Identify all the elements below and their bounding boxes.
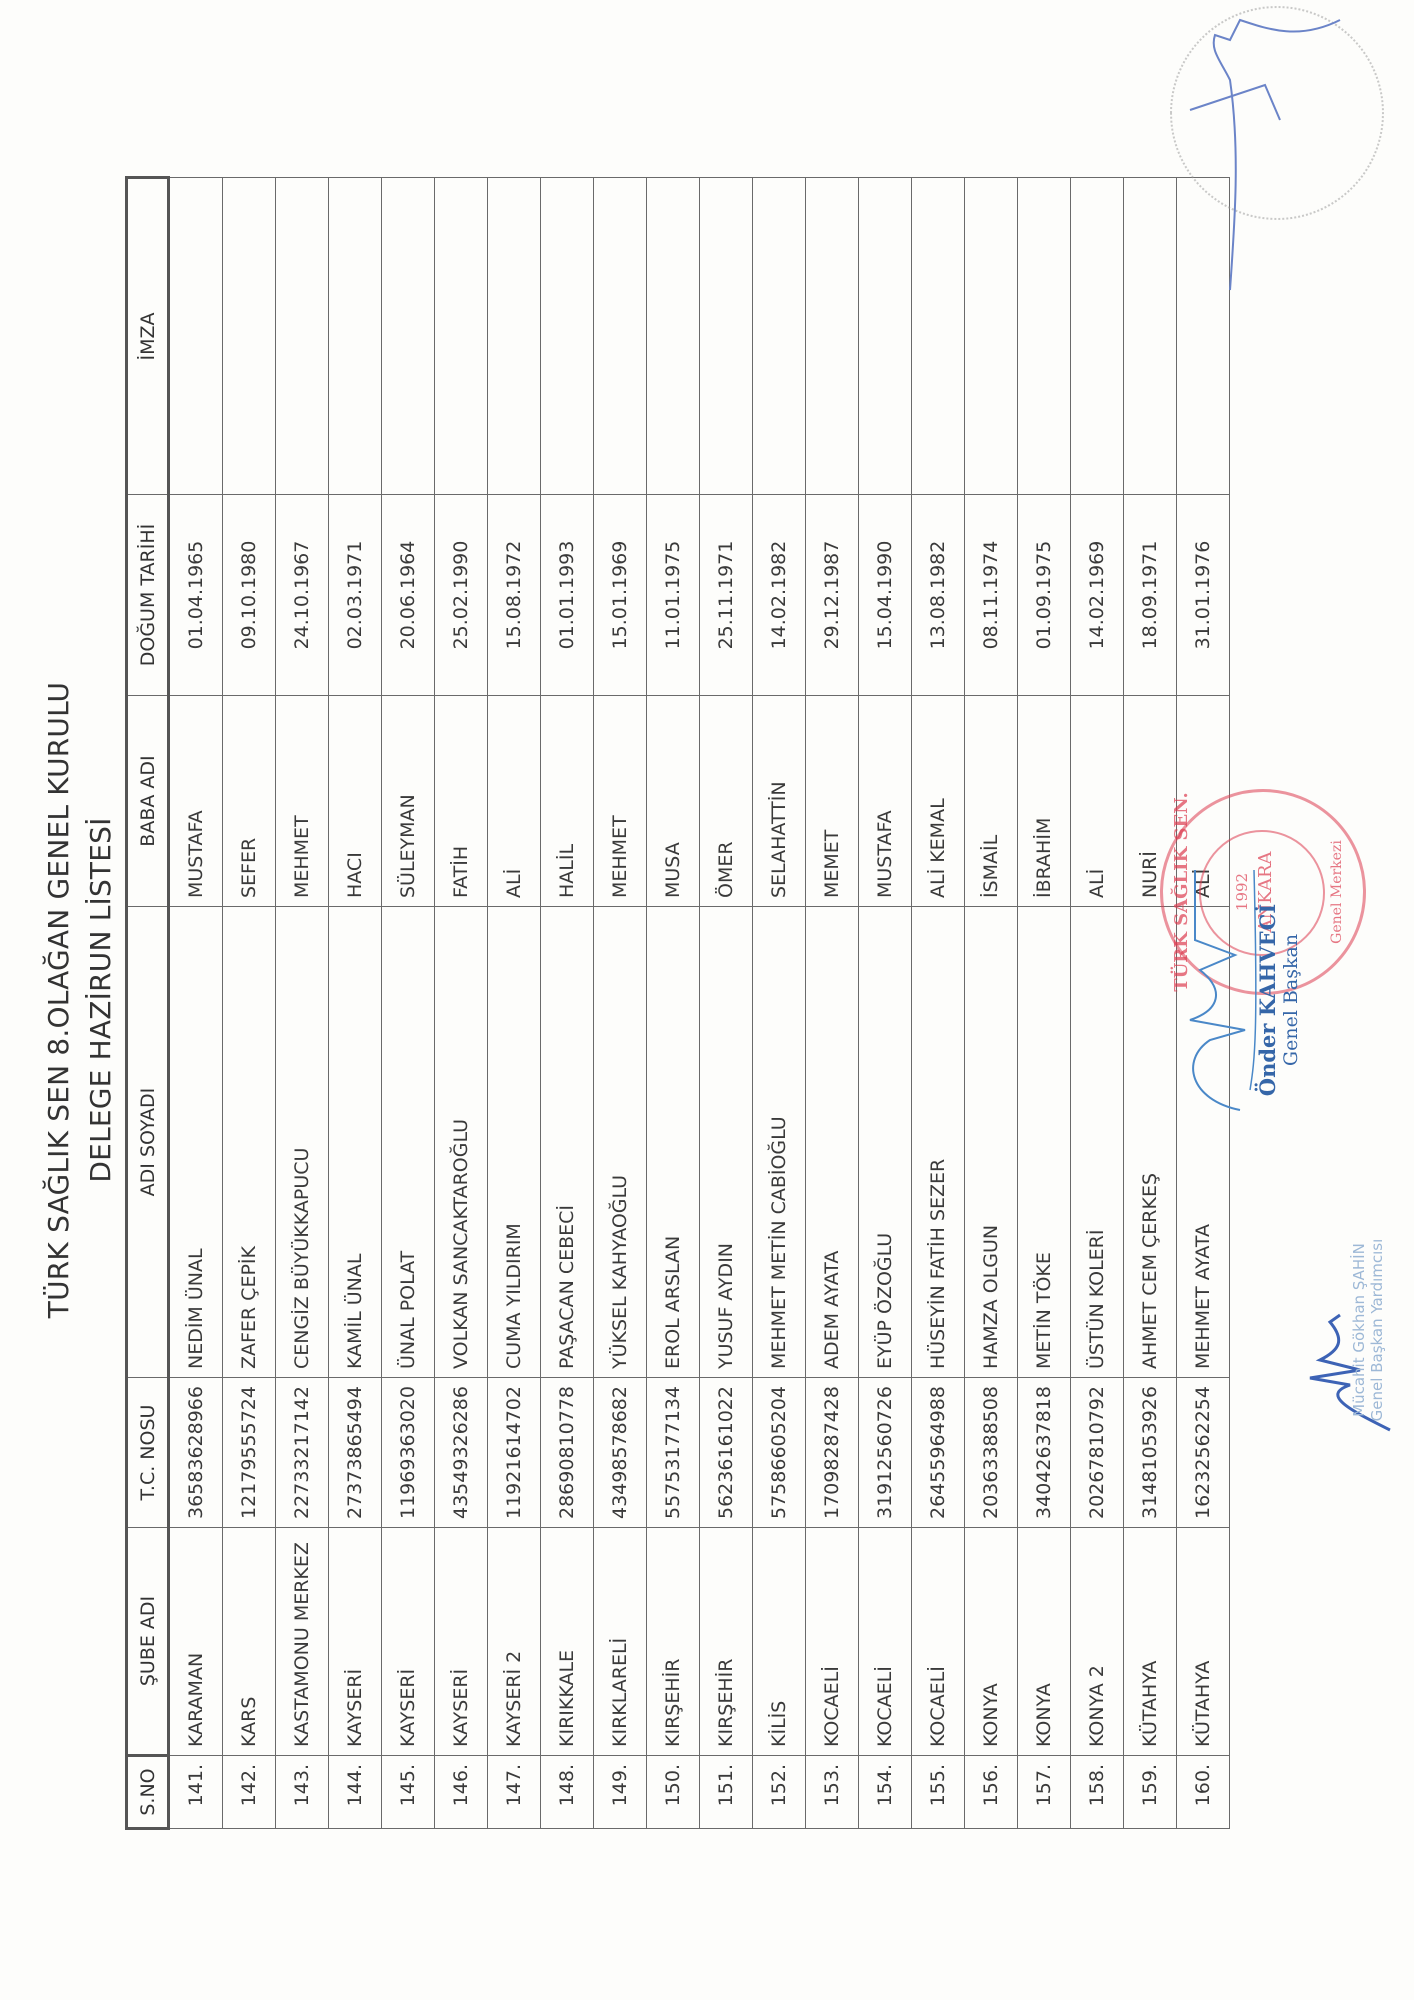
row-number: 156. xyxy=(965,1756,1018,1829)
birth-date: 11.01.1975 xyxy=(647,495,700,696)
father-name: MEMET xyxy=(806,696,859,907)
table-row: 151.KIRŞEHİR56236161022YUSUF AYDINÖMER25… xyxy=(700,178,753,1829)
branch-name: KIRŞEHİR xyxy=(700,1528,753,1756)
birth-date: 25.02.1990 xyxy=(435,495,488,696)
tc-number: 57586605204 xyxy=(753,1378,806,1528)
faint-seal xyxy=(1170,6,1384,220)
full-name: ADEM AYATA xyxy=(806,907,859,1378)
row-number: 141. xyxy=(169,1756,223,1829)
branch-name: KARAMAN xyxy=(169,1528,223,1756)
tc-number: 34042637818 xyxy=(1018,1378,1071,1528)
table-header-row: S.NO ŞUBE ADI T.C. NOSU ADI SOYADI BABA … xyxy=(127,178,169,1829)
tc-number: 17098287428 xyxy=(806,1378,859,1528)
full-name: PAŞACAN CEBECİ xyxy=(541,907,594,1378)
table-row: 157.KONYA34042637818METİN TÖKEİBRAHİM01.… xyxy=(1018,178,1071,1829)
table-row: 142.KARS12179555724ZAFER ÇEPİKSEFER09.10… xyxy=(223,178,276,1829)
birth-date: 18.09.1971 xyxy=(1124,495,1177,696)
father-name: MUSTAFA xyxy=(169,696,223,907)
father-name: İSMAİL xyxy=(965,696,1018,907)
table-row: 149.KIRKLARELİ43498578682YÜKSEL KAHYAOĞL… xyxy=(594,178,647,1829)
full-name: CUMA YILDIRIM xyxy=(488,907,541,1378)
row-number: 147. xyxy=(488,1756,541,1829)
table-row: 146.KAYSERİ43549326286VOLKAN SANCAKTAROĞ… xyxy=(435,178,488,1829)
father-name: NURİ xyxy=(1124,696,1177,907)
full-name: HAMZA OLGUN xyxy=(965,907,1018,1378)
tc-number: 27373865494 xyxy=(329,1378,382,1528)
branch-name: KIRIKKALE xyxy=(541,1528,594,1756)
table-row: 160.KÜTAHYA16232562254MEHMET AYATAALİ31.… xyxy=(1177,178,1230,1829)
full-name: EYÜP ÖZOĞLU xyxy=(859,907,912,1378)
signature-cell xyxy=(488,178,541,495)
birth-date: 25.11.1971 xyxy=(700,495,753,696)
signature-cell xyxy=(276,178,329,495)
tc-number: 12179555724 xyxy=(223,1378,276,1528)
table-row: 148.KIRIKKALE28690810778PAŞACAN CEBECİHA… xyxy=(541,178,594,1829)
full-name: ÜSTÜN KOLERİ xyxy=(1071,907,1124,1378)
birth-date: 31.01.1976 xyxy=(1177,495,1230,696)
father-name: ALİ xyxy=(1071,696,1124,907)
branch-name: KOCAELİ xyxy=(806,1528,859,1756)
birth-date: 14.02.1982 xyxy=(753,495,806,696)
branch-name: KIRKLARELİ xyxy=(594,1528,647,1756)
birth-date: 29.12.1987 xyxy=(806,495,859,696)
branch-name: KAYSERİ 2 xyxy=(488,1528,541,1756)
father-name: HALİL xyxy=(541,696,594,907)
row-number: 158. xyxy=(1071,1756,1124,1829)
row-number: 153. xyxy=(806,1756,859,1829)
father-name: HACI xyxy=(329,696,382,907)
signature-cell xyxy=(223,178,276,495)
table-row: 141.KARAMAN36583628966NEDİM ÜNALMUSTAFA0… xyxy=(169,178,223,1829)
birth-date: 14.02.1969 xyxy=(1071,495,1124,696)
row-number: 151. xyxy=(700,1756,753,1829)
father-name: MUSA xyxy=(647,696,700,907)
birth-date: 20.06.1964 xyxy=(382,495,435,696)
full-name: MEHMET AYATA xyxy=(1177,907,1230,1378)
signature-cell xyxy=(753,178,806,495)
father-name: MEHMET xyxy=(594,696,647,907)
document-page: TÜRK SAĞLIK SEN 8.OLAĞAN GENEL KURULU DE… xyxy=(0,0,1414,2000)
father-name: SÜLEYMAN xyxy=(382,696,435,907)
full-name: VOLKAN SANCAKTAROĞLU xyxy=(435,907,488,1378)
father-name: FATİH xyxy=(435,696,488,907)
birth-date: 13.08.1982 xyxy=(912,495,965,696)
president-name: Önder KAHVECİ xyxy=(1255,870,1280,1130)
father-name: ALİ xyxy=(488,696,541,907)
president-role: Genel Başkan xyxy=(1280,870,1302,1130)
birth-date: 08.11.1974 xyxy=(965,495,1018,696)
full-name: MEHMET METİN CABİOĞLU xyxy=(753,907,806,1378)
tc-number: 16232562254 xyxy=(1177,1378,1230,1528)
branch-name: KONYA 2 xyxy=(1071,1528,1124,1756)
header-signature: İMZA xyxy=(127,178,169,495)
tc-number: 31481053926 xyxy=(1124,1378,1177,1528)
table-row: 159.KÜTAHYA31481053926AHMET CEM ÇERKEŞNU… xyxy=(1124,178,1177,1829)
document-subtitle: DELEGE HAZİRUN LİSTESİ xyxy=(84,0,117,2000)
signature-cell xyxy=(1177,178,1230,495)
full-name: YUSUF AYDIN xyxy=(700,907,753,1378)
deputy-role: Genel Başkan Yardımcısı xyxy=(1368,1200,1386,1460)
row-number: 146. xyxy=(435,1756,488,1829)
row-number: 143. xyxy=(276,1756,329,1829)
full-name: CENGİZ BÜYÜKKAPUCU xyxy=(276,907,329,1378)
row-number: 159. xyxy=(1124,1756,1177,1829)
tc-number: 11969363020 xyxy=(382,1378,435,1528)
table-row: 154.KOCAELİ31912560726EYÜP ÖZOĞLUMUSTAFA… xyxy=(859,178,912,1829)
row-number: 154. xyxy=(859,1756,912,1829)
signature-cell xyxy=(594,178,647,495)
father-name: İBRAHİM xyxy=(1018,696,1071,907)
father-name: SELAHATTİN xyxy=(753,696,806,907)
table-row: 145.KAYSERİ11969363020ÜNAL POLATSÜLEYMAN… xyxy=(382,178,435,1829)
row-number: 160. xyxy=(1177,1756,1230,1829)
header-branch: ŞUBE ADI xyxy=(127,1528,169,1756)
signature-cell xyxy=(859,178,912,495)
deputy-name: Mücahit Gökhan ŞAHİN xyxy=(1350,1200,1368,1460)
full-name: HÜSEYİN FATİH SEZER xyxy=(912,907,965,1378)
tc-number: 26455964988 xyxy=(912,1378,965,1528)
table-row: 158.KONYA 220267810792ÜSTÜN KOLERİALİ14.… xyxy=(1071,178,1124,1829)
tc-number: 20267810792 xyxy=(1071,1378,1124,1528)
tc-number: 22733217142 xyxy=(276,1378,329,1528)
row-number: 142. xyxy=(223,1756,276,1829)
row-number: 149. xyxy=(594,1756,647,1829)
father-name: ALİ xyxy=(1177,696,1230,907)
birth-date: 02.03.1971 xyxy=(329,495,382,696)
birth-date: 09.10.1980 xyxy=(223,495,276,696)
table-row: 143.KASTAMONU MERKEZ22733217142CENGİZ BÜ… xyxy=(276,178,329,1829)
tc-number: 36583628966 xyxy=(169,1378,223,1528)
signature-cell xyxy=(329,178,382,495)
signature-cell xyxy=(700,178,753,495)
table-row: 152.KİLİS57586605204MEHMET METİN CABİOĞL… xyxy=(753,178,806,1829)
birth-date: 15.08.1972 xyxy=(488,495,541,696)
branch-name: KİLİS xyxy=(753,1528,806,1756)
signature-cell xyxy=(647,178,700,495)
branch-name: KASTAMONU MERKEZ xyxy=(276,1528,329,1756)
full-name: ÜNAL POLAT xyxy=(382,907,435,1378)
branch-name: KOCAELİ xyxy=(859,1528,912,1756)
header-full-name: ADI SOYADI xyxy=(127,907,169,1378)
row-number: 145. xyxy=(382,1756,435,1829)
full-name: KAMİL ÜNAL xyxy=(329,907,382,1378)
birth-date: 15.01.1969 xyxy=(594,495,647,696)
branch-name: KAYSERİ xyxy=(329,1528,382,1756)
tc-number: 28690810778 xyxy=(541,1378,594,1528)
document-title: TÜRK SAĞLIK SEN 8.OLAĞAN GENEL KURULU xyxy=(42,0,75,2000)
branch-name: KAYSERİ xyxy=(382,1528,435,1756)
table-row: 153.KOCAELİ17098287428ADEM AYATAMEMET29.… xyxy=(806,178,859,1829)
delegate-table: S.NO ŞUBE ADI T.C. NOSU ADI SOYADI BABA … xyxy=(125,176,1230,1830)
stamp-year: 1992 xyxy=(1233,792,1251,992)
signature-cell xyxy=(806,178,859,495)
birth-date: 15.04.1990 xyxy=(859,495,912,696)
deputy-signature-block: Mücahit Gökhan ŞAHİN Genel Başkan Yardım… xyxy=(1350,1200,1386,1460)
father-name: MUSTAFA xyxy=(859,696,912,907)
tc-number: 43498578682 xyxy=(594,1378,647,1528)
row-number: 155. xyxy=(912,1756,965,1829)
signature-cell xyxy=(1018,178,1071,495)
row-number: 152. xyxy=(753,1756,806,1829)
tc-number: 55753177134 xyxy=(647,1378,700,1528)
table-row: 156.KONYA20363388508HAMZA OLGUNİSMAİL08.… xyxy=(965,178,1018,1829)
branch-name: KAYSERİ xyxy=(435,1528,488,1756)
birth-date: 01.09.1975 xyxy=(1018,495,1071,696)
table-row: 147.KAYSERİ 211921614702CUMA YILDIRIMALİ… xyxy=(488,178,541,1829)
tc-number: 20363388508 xyxy=(965,1378,1018,1528)
row-number: 150. xyxy=(647,1756,700,1829)
branch-name: KIRŞEHİR xyxy=(647,1528,700,1756)
signature-cell xyxy=(1071,178,1124,495)
signature-cell xyxy=(541,178,594,495)
signature-cell xyxy=(169,178,223,495)
row-number: 144. xyxy=(329,1756,382,1829)
signature-cell xyxy=(435,178,488,495)
full-name: AHMET CEM ÇERKEŞ xyxy=(1124,907,1177,1378)
header-birth-date: DOĞUM TARİHİ xyxy=(127,495,169,696)
full-name: ZAFER ÇEPİK xyxy=(223,907,276,1378)
president-signature-block: Önder KAHVECİ Genel Başkan xyxy=(1255,870,1302,1130)
header-sno: S.NO xyxy=(127,1756,169,1829)
signature-cell xyxy=(382,178,435,495)
full-name: NEDİM ÜNAL xyxy=(169,907,223,1378)
full-name: EROL ARSLAN xyxy=(647,907,700,1378)
branch-name: KÜTAHYA xyxy=(1177,1528,1230,1756)
stamp-bottom-text: Genel Merkezi xyxy=(1329,792,1345,992)
tc-number: 31912560726 xyxy=(859,1378,912,1528)
father-name: ÖMER xyxy=(700,696,753,907)
father-name: SEFER xyxy=(223,696,276,907)
signature-cell xyxy=(965,178,1018,495)
birth-date: 01.01.1993 xyxy=(541,495,594,696)
row-number: 148. xyxy=(541,1756,594,1829)
father-name: MEHMET xyxy=(276,696,329,907)
branch-name: KÜTAHYA xyxy=(1124,1528,1177,1756)
full-name: YÜKSEL KAHYAOĞLU xyxy=(594,907,647,1378)
full-name: METİN TÖKE xyxy=(1018,907,1071,1378)
branch-name: KARS xyxy=(223,1528,276,1756)
table-row: 144.KAYSERİ27373865494KAMİL ÜNALHACI02.0… xyxy=(329,178,382,1829)
header-father-name: BABA ADI xyxy=(127,696,169,907)
row-number: 157. xyxy=(1018,1756,1071,1829)
header-tc-number: T.C. NOSU xyxy=(127,1378,169,1528)
branch-name: KONYA xyxy=(965,1528,1018,1756)
birth-date: 01.04.1965 xyxy=(169,495,223,696)
branch-name: KOCAELİ xyxy=(912,1528,965,1756)
tc-number: 43549326286 xyxy=(435,1378,488,1528)
father-name: ALİ KEMAL xyxy=(912,696,965,907)
table-row: 150.KIRŞEHİR55753177134EROL ARSLANMUSA11… xyxy=(647,178,700,1829)
tc-number: 56236161022 xyxy=(700,1378,753,1528)
tc-number: 11921614702 xyxy=(488,1378,541,1528)
table-row: 155.KOCAELİ26455964988HÜSEYİN FATİH SEZE… xyxy=(912,178,965,1829)
signature-cell xyxy=(912,178,965,495)
birth-date: 24.10.1967 xyxy=(276,495,329,696)
branch-name: KONYA xyxy=(1018,1528,1071,1756)
signature-cell xyxy=(1124,178,1177,495)
